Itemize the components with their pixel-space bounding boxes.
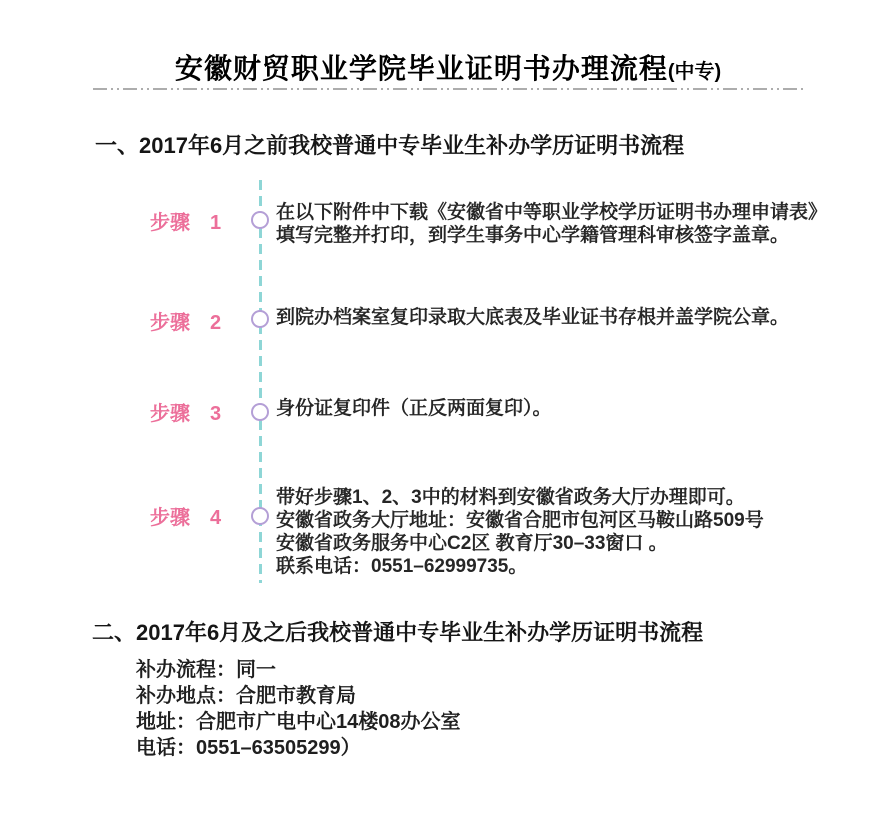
reissue-process-line: 补办流程：同一 (136, 657, 461, 683)
step-3-number: 3 (210, 403, 221, 425)
page-title: 安徽财贸职业学院毕业证明书办理流程(中专) (0, 47, 896, 87)
step-4-line-1: 带好步骤1、2、3中的材料到安徽省政务大厅办理即可。 (276, 486, 886, 509)
dash-dot-divider (93, 88, 803, 90)
section-2-details: 补办流程：同一 补办地点：合肥市教育局 地址：合肥市广电中心14楼08办公室 电… (136, 657, 461, 761)
step-4-number: 4 (210, 507, 221, 529)
step-2-circle-icon (251, 310, 269, 328)
step-1-circle-icon (251, 211, 269, 229)
step-1-line-2: 填写完整并打印，到学生事务中心学籍管理科审核签字盖章。 (276, 224, 886, 247)
step-1-line-1: 在以下附件中下载《安徽省中等职业学校学历证明书办理申请表》 (276, 201, 886, 224)
step-4-line-4: 联系电话：0551–62999735。 (276, 555, 886, 578)
step-3-label-text: 步骤 (150, 403, 190, 425)
address-line: 地址：合肥市广电中心14楼08办公室 (136, 709, 461, 735)
page-title-suffix: (中专) (668, 61, 721, 83)
step-4-description: 带好步骤1、2、3中的材料到安徽省政务大厅办理即可。 安徽省政务大厅地址：安徽省… (276, 486, 886, 578)
step-3-line-1: 身份证复印件（正反两面复印）。 (276, 397, 886, 420)
step-1-number: 1 (210, 212, 221, 234)
page-title-main: 安徽财贸职业学院毕业证明书办理流程 (175, 53, 668, 84)
phone-line: 电话：0551–63505299） (136, 735, 461, 761)
reissue-location-line: 补办地点：合肥市教育局 (136, 683, 461, 709)
step-4-label: 步骤4 (150, 501, 221, 530)
step-4-circle-icon (251, 507, 269, 525)
step-2-line-1: 到院办档案室复印录取大底表及毕业证书存根并盖学院公章。 (276, 306, 886, 329)
step-4-label-text: 步骤 (150, 507, 190, 529)
step-3-label: 步骤3 (150, 397, 221, 426)
step-2-label: 步骤2 (150, 306, 221, 335)
step-2-label-text: 步骤 (150, 312, 190, 334)
step-2-number: 2 (210, 312, 221, 334)
step-1-label-text: 步骤 (150, 212, 190, 234)
step-1-description: 在以下附件中下载《安徽省中等职业学校学历证明书办理申请表》 填写完整并打印，到学… (276, 201, 886, 247)
section-1-heading: 一、2017年6月之前我校普通中专毕业生补办学历证明书流程 (95, 129, 684, 160)
document-page: 安徽财贸职业学院毕业证明书办理流程(中专) 一、2017年6月之前我校普通中专毕… (0, 0, 896, 828)
step-4-line-2: 安徽省政务大厅地址：安徽省合肥市包河区马鞍山路509号 (276, 509, 886, 532)
step-1-label: 步骤1 (150, 206, 221, 235)
step-3-circle-icon (251, 403, 269, 421)
step-4-line-3: 安徽省政务服务中心C2区 教育厅30–33窗口 。 (276, 532, 886, 555)
step-2-description: 到院办档案室复印录取大底表及毕业证书存根并盖学院公章。 (276, 306, 886, 329)
section-2-heading: 二、2017年6月及之后我校普通中专毕业生补办学历证明书流程 (92, 616, 703, 647)
step-3-description: 身份证复印件（正反两面复印）。 (276, 397, 886, 420)
